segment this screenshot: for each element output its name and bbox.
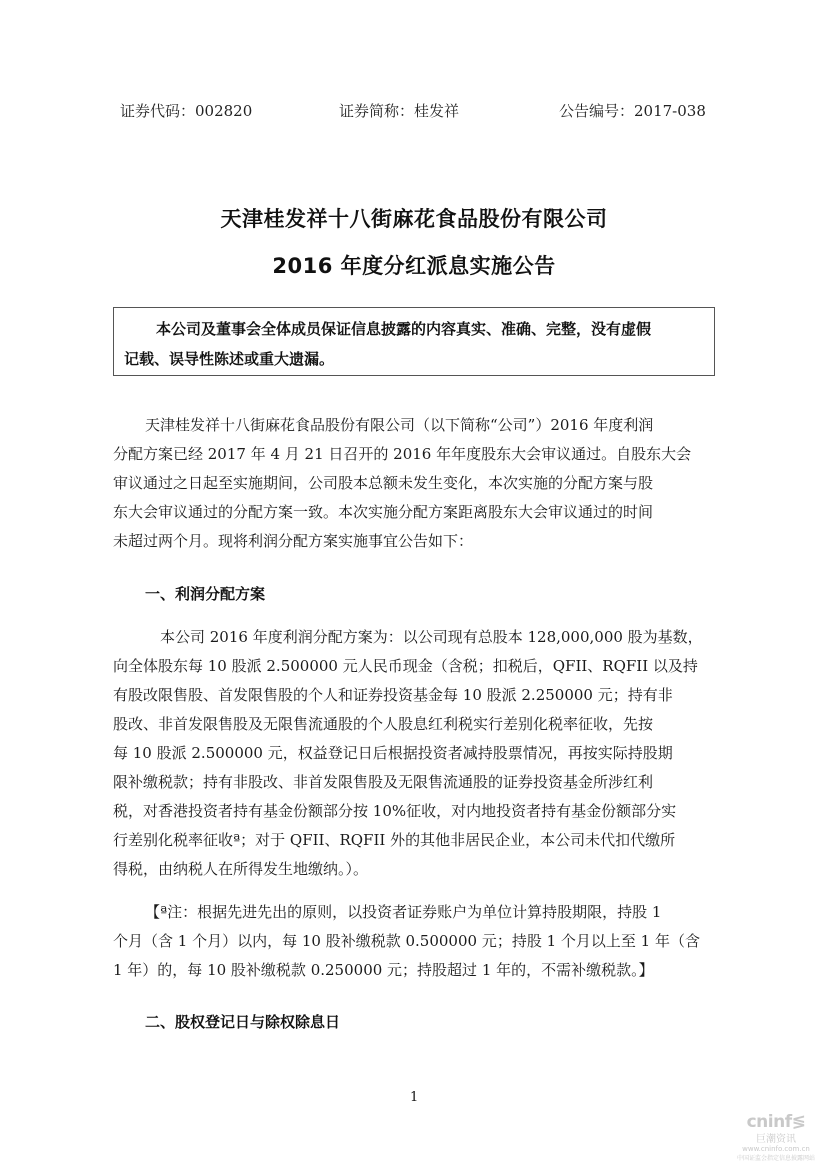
body-line: 限补缴税款；持有非股改、非首发限售股及无限售流通股的证券投资基金所涉红利 [113,771,653,792]
footnote-line: 个月（含 1 个月）以内，每 10 股补缴税款 0.500000 元；持股 1 … [113,930,700,951]
body-line: 股改、非首发限售股及无限售流通股的个人股息红利税实行差别化税率征收，先按 [113,713,653,734]
notice-line-1: 本公司及董事会全体成员保证信息披露的内容真实、准确、完整，没有虚假 [156,318,651,339]
intro-line: 天津桂发祥十八街麻花食品股份有限公司（以下简称“公司”）2016 年度利润 [145,414,653,435]
body-line: 向全体股东每 10 股派 2.500000 元人民币现金（含税；扣税后，QFII… [113,655,698,676]
body-line: 得税，由纳税人在所得发生地缴纳。）。 [113,858,368,879]
body-line: 本公司 2016 年度利润分配方案为：以公司现有总股本 128,000,000 … [160,626,703,647]
section-heading-record-date: 二、股权登记日与除权除息日 [145,1011,340,1032]
body-line: 行差别化税率征收ª；对于 QFII、RQFII 外的其他非居民企业，本公司未代扣… [113,829,675,850]
cninfo-swirl-icon: ≶ [792,1112,806,1132]
stock-name: 证券简称：桂发祥 [339,100,459,121]
document-header: 证券代码：002820 证券简称：桂发祥 公告编号：2017-038 [120,100,710,124]
intro-line: 分配方案已经 2017 年 4 月 21 日召开的 2016 年年度股东大会审议… [113,443,691,464]
footnote-line: 1 年）的，每 10 股补缴税款 0.250000 元；持股超过 1 年的，不需… [113,959,654,980]
footnote-line: 【ª注：根据先进先出的原则，以投资者证券账户为单位计算持股期限，持股 1 [145,901,661,922]
watermark-url: www.cninfo.com.cn [728,1145,824,1153]
cninfo-watermark: cninf≶ 巨潮资讯 www.cninfo.com.cn 中国证监会指定信息披… [728,1112,824,1162]
company-title: 天津桂发祥十八街麻花食品股份有限公司 [0,203,828,233]
intro-line: 审议通过之日起至实施期间，公司股本总额未发生变化，本次实施的分配方案与股 [113,472,653,493]
intro-line: 东大会审议通过的分配方案一致。本次实施分配方案距离股东大会审议通过的时间 [113,501,653,522]
cninfo-logo: cninf≶ [728,1112,824,1132]
watermark-subtitle: 中国证监会指定信息披露网站 [728,1153,824,1162]
announcement-title: 2016 年度分红派息实施公告 [0,250,828,280]
body-line: 有股改限售股、首发限售股的个人和证券投资基金每 10 股派 2.250000 元… [113,684,673,705]
watermark-brand-cn: 巨潮资讯 [728,1130,824,1145]
intro-line: 未超过两个月。现将利润分配方案实施事宜公告如下： [113,530,473,551]
section-heading-profit-distribution: 一、利润分配方案 [145,583,265,604]
stock-code: 证券代码：002820 [120,100,252,121]
notice-line-2: 记载、误导性陈述或重大遗漏。 [124,348,334,369]
body-line: 每 10 股派 2.500000 元，权益登记日后根据投资者减持股票情况，再按实… [113,742,673,763]
board-guarantee-notice: 本公司及董事会全体成员保证信息披露的内容真实、准确、完整，没有虚假 记载、误导性… [113,307,715,376]
body-line: 税，对香港投资者持有基金份额部分按 10%征收，对内地投资者持有基金份额部分实 [113,800,676,821]
page-number: 1 [410,1090,418,1105]
announcement-number: 公告编号：2017-038 [559,100,706,121]
